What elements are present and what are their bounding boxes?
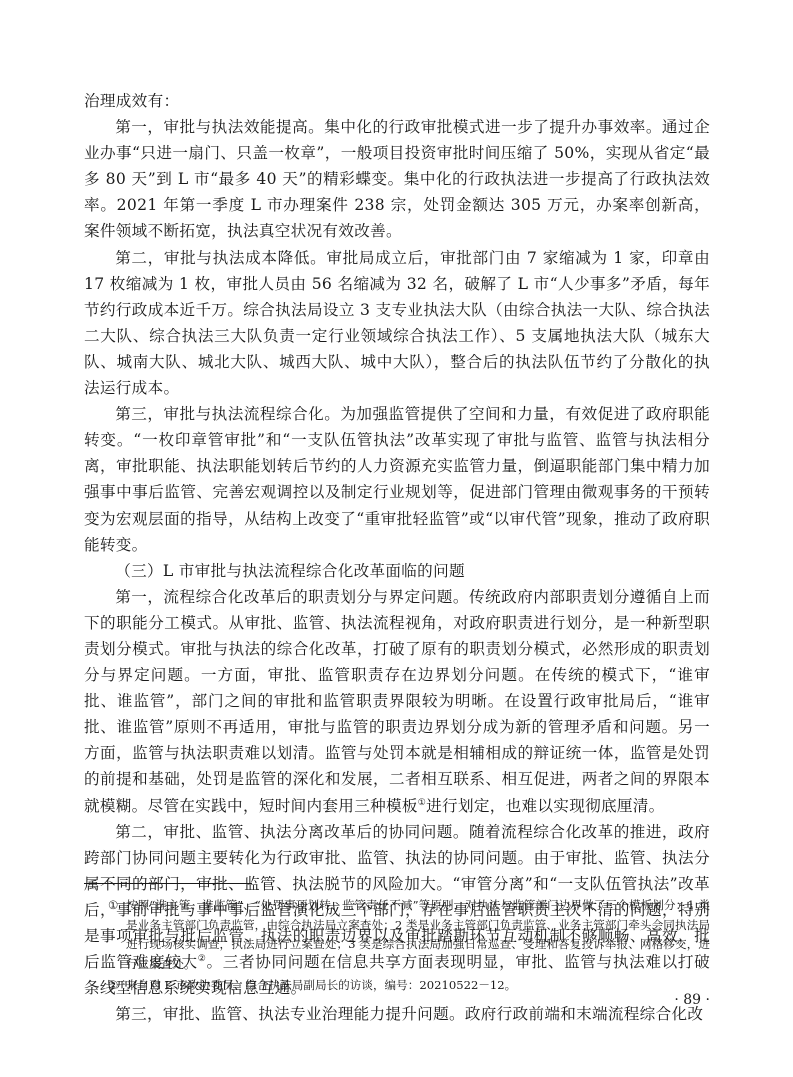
paragraph-capacity: 第三，审批、监管、执法专业治理能力提升问题。政府行政前端和末端流程综合化改 bbox=[84, 1001, 710, 1027]
section-heading: （三）L 市审批与执法流程综合化改革面临的问题 bbox=[84, 558, 710, 584]
paragraph-responsibility: 第一，流程综合化改革后的职责划分与界定问题。传统政府内部职责划分遵循自上而下的职… bbox=[84, 584, 710, 819]
footnote-ref-1[interactable]: ① bbox=[418, 798, 426, 808]
footnote-text: 按照“谁主管、谁监管”、“处罚事项划转、监管责任不减”等原则，对执法与监管部门边… bbox=[126, 898, 710, 971]
footnote-2: ② 来自对 L 市政协委员、综合执法局副局长的访谈，编号：20210522－12… bbox=[84, 976, 710, 996]
paragraph-intro: 治理成效有： bbox=[84, 88, 710, 114]
footnote-divider bbox=[84, 883, 252, 884]
body-text: 治理成效有： 第一，审批与执法效能提高。集中化的行政审批模式进一步了提升办事效率… bbox=[84, 88, 710, 1027]
paragraph-cost: 第二，审批与执法成本降低。审批局成立后，审批部门由 7 家缩减为 1 家，印章由… bbox=[84, 245, 710, 402]
footnote-marker: ① bbox=[108, 896, 118, 916]
paragraph-efficiency: 第一，审批与执法效能提高。集中化的行政审批模式进一步了提升办事效率。通过企业办事… bbox=[84, 114, 710, 244]
footnote-marker: ② bbox=[108, 976, 118, 996]
footnotes: ① 按照“谁主管、谁监管”、“处罚事项划转、监管责任不减”等原则，对执法与监管部… bbox=[84, 896, 710, 998]
paragraph-text: 第一，流程综合化改革后的职责划分与界定问题。传统政府内部职责划分遵循自上而下的职… bbox=[84, 588, 710, 815]
footnote-1: ① 按照“谁主管、谁监管”、“处罚事项划转、监管责任不减”等原则，对执法与监管部… bbox=[84, 896, 710, 974]
paragraph-process: 第三，审批与执法流程综合化。为加强监管提供了空间和力量，有效促进了政府职能转变。… bbox=[84, 401, 710, 558]
page-number: · 89 · bbox=[660, 992, 710, 1008]
paragraph-text-continued: 进行划定，也难以实现彻底厘清。 bbox=[426, 797, 664, 815]
footnote-text: 来自对 L 市政协委员、综合执法局副局长的访谈，编号：20210522－12。 bbox=[126, 978, 516, 992]
